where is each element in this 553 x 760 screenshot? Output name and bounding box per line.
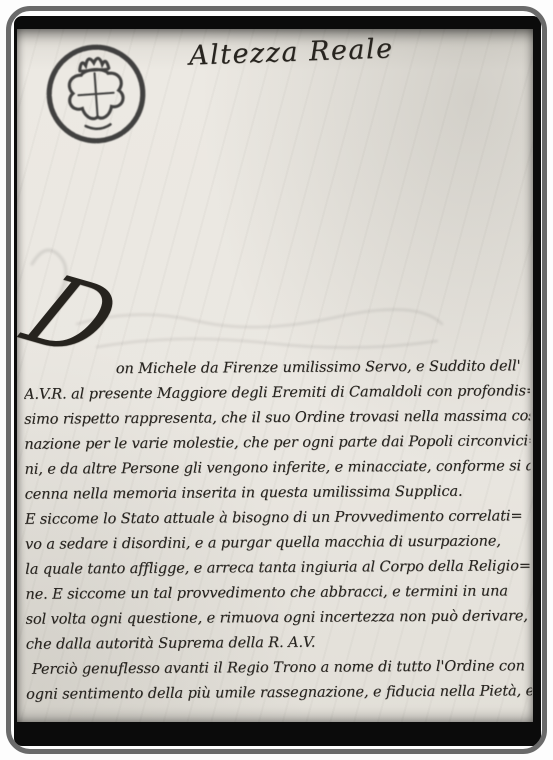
manuscript-line: vo a sedare i disordini, e a purgar quel… — [25, 529, 531, 558]
manuscript-line: ne. E siccome un tal provvedimento che a… — [25, 579, 531, 608]
manuscript-body: on Michele da Firenze umilissimo Servo, … — [24, 354, 532, 708]
manuscript-line: che dalla autorità Suprema della R. A.V. — [26, 629, 532, 658]
manuscript-paper: Altezza Reale D on Michele da Firenze um… — [17, 29, 533, 722]
manuscript-line: A.V.R. al presente Maggiore degli Eremit… — [24, 379, 530, 408]
manuscript-line: cenna nella memoria inserita in questa u… — [25, 479, 531, 508]
manuscript-line: nazione per le varie molestie, che per o… — [24, 429, 530, 458]
manuscript-line: Perciò genuflesso avanti il Regio Trono … — [26, 654, 532, 683]
manuscript-line: on Michele da Firenze umilissimo Servo, … — [24, 354, 530, 383]
manuscript-line: ni, e da altre Persone gli vengono infer… — [24, 454, 530, 483]
photograph-area: Altezza Reale D on Michele da Firenze um… — [14, 16, 541, 746]
manuscript-line: la quale tanto affligge, e arreca tanta … — [25, 554, 531, 583]
manuscript-line: simo rispetto rappresenta, che il suo Or… — [24, 404, 530, 433]
manuscript-line: sol volta ogni questione, e rimuova ogni… — [26, 604, 532, 633]
manuscript-line: ogni sentimento della più umile rassegna… — [26, 679, 532, 708]
heading-title: Altezza Reale — [189, 33, 395, 71]
manuscript-line: E siccome lo Stato attuale à bisogno di … — [25, 504, 531, 533]
scanned-page: Altezza Reale D on Michele da Firenze um… — [0, 0, 553, 760]
coat-of-arms-stamp-icon — [40, 38, 151, 149]
